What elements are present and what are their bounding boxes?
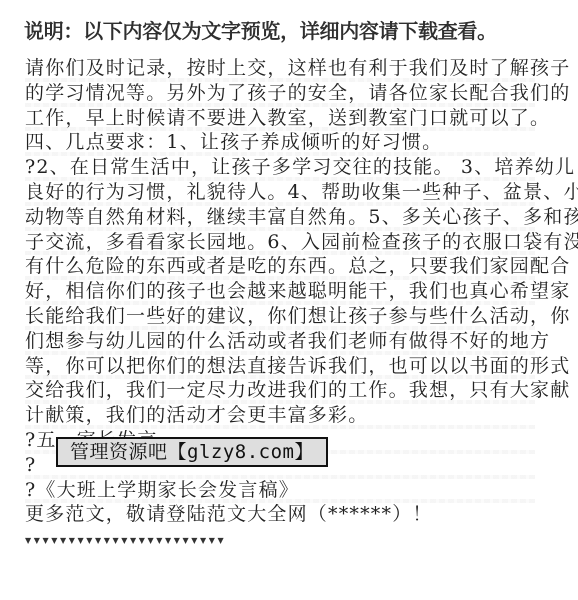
- preview-notice-title: 说明：以下内容仅为文字预览，详细内容请下载查看。: [24, 17, 497, 45]
- watermark-banner: 管理资源吧【glzy8.com】: [56, 437, 328, 467]
- dotted-separator: ▼▼▼▼▼▼▼▼▼▼▼▼▼▼▼▼▼▼▼▼▼▼▼: [25, 536, 226, 546]
- document-line: 更多范文，敬请登陆范文大全网（******）！: [25, 502, 565, 527]
- watermark-text: 管理资源吧【glzy8.com】: [58, 439, 314, 465]
